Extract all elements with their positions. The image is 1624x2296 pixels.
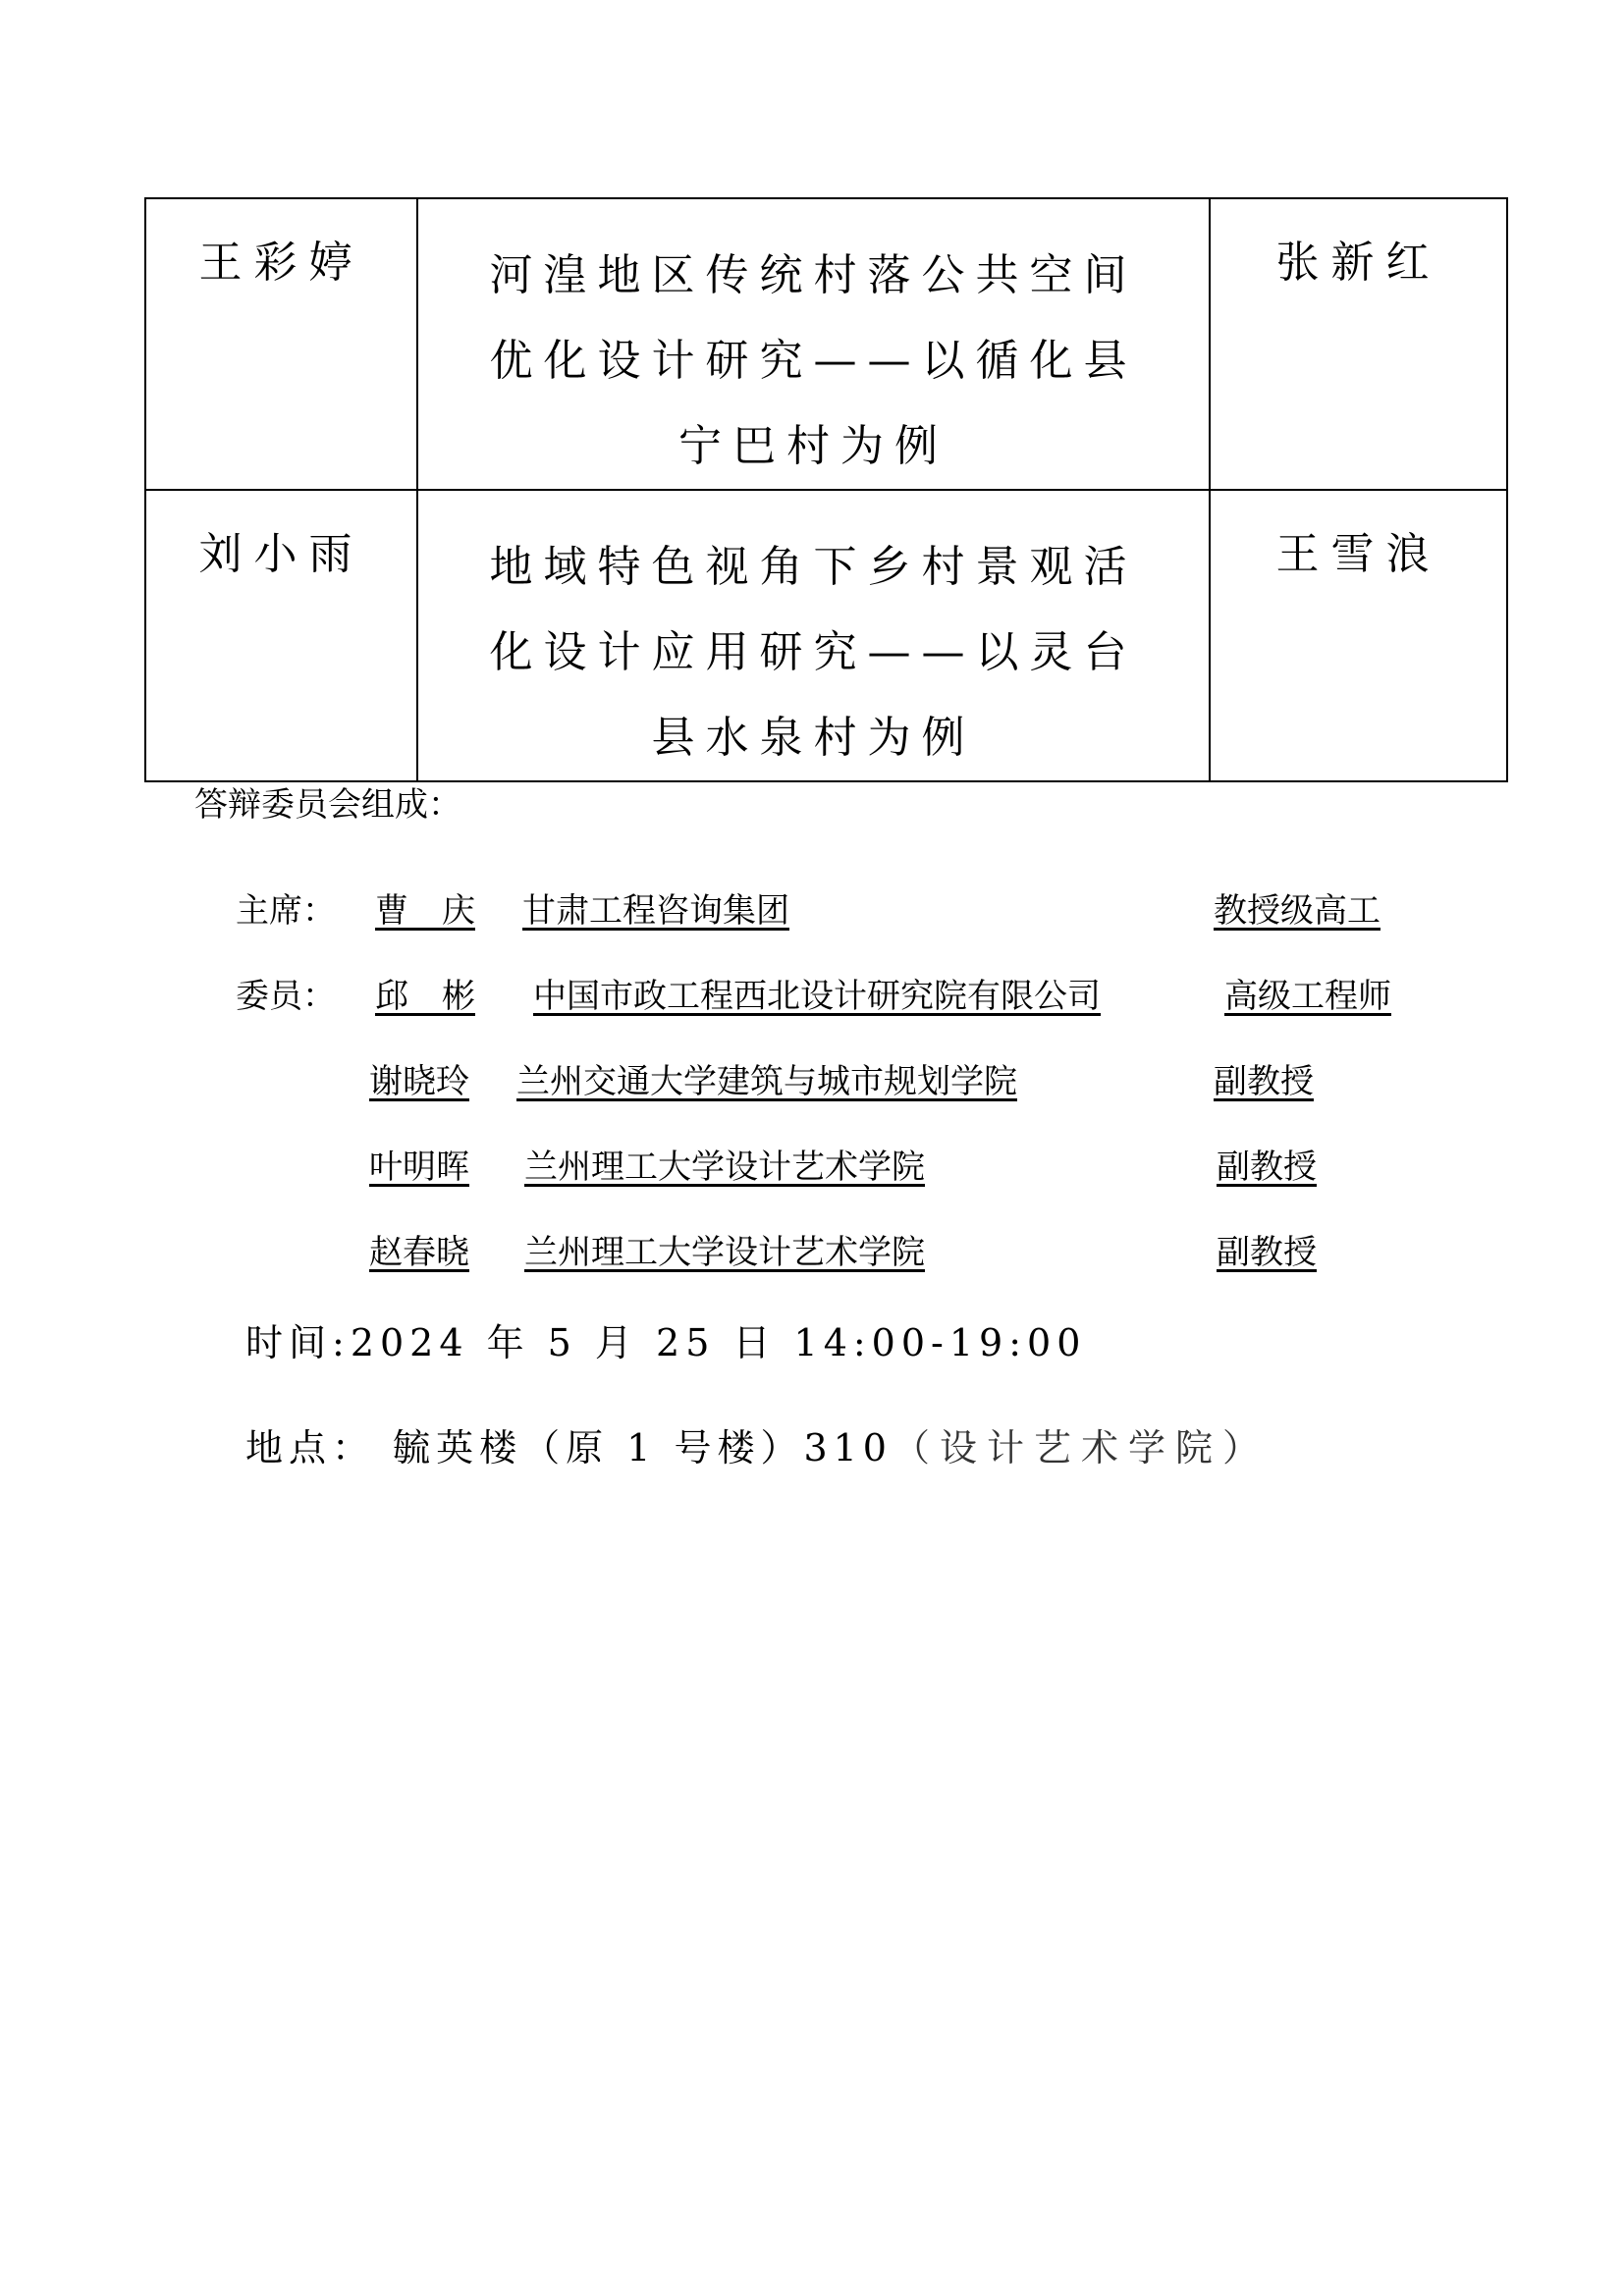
advisor-name: 王雪浪	[1211, 491, 1506, 583]
member-org: 兰州交通大学建筑与城市规划学院	[516, 1054, 1017, 1102]
member-name: 叶明晖	[369, 1140, 469, 1188]
thesis-title-line: 宁巴村为例	[438, 403, 1189, 489]
chair-name: 曹 庆	[375, 883, 475, 932]
table-row: 刘小雨 地域特色视角下乡村景观活 化设计应用研究——以灵台 县水泉村为例 王雪浪	[145, 490, 1507, 781]
thesis-title-cell: 河湟地区传统村落公共空间 优化设计研究——以循化县 宁巴村为例	[417, 198, 1210, 490]
student-cell: 刘小雨	[145, 490, 417, 781]
student-name: 王彩婷	[146, 199, 416, 292]
members-label: 委员：	[236, 969, 336, 1017]
thesis-title-line: 优化设计研究——以循化县	[438, 318, 1189, 403]
thesis-title: 河湟地区传统村落公共空间 优化设计研究——以循化县 宁巴村为例	[418, 199, 1209, 489]
place-note: （设计艺术学院）	[893, 1426, 1270, 1469]
thesis-title: 地域特色视角下乡村景观活 化设计应用研究——以灵台 县水泉村为例	[418, 491, 1209, 780]
member-name: 赵春晓	[369, 1225, 469, 1273]
member-org: 兰州理工大学设计艺术学院	[524, 1225, 925, 1273]
student-name: 刘小雨	[146, 491, 416, 583]
member-title: 副教授	[1214, 1054, 1314, 1102]
member-org: 中国市政工程西北设计研究院有限公司	[533, 969, 1101, 1017]
time-value: 2024 年 5 月 25 日 14:00-19:00	[351, 1321, 1087, 1364]
document-page: 王彩婷 河湟地区传统村落公共空间 优化设计研究——以循化县 宁巴村为例 张新红 …	[0, 0, 1624, 2296]
thesis-title-line: 县水泉村为例	[438, 695, 1189, 780]
member-title: 副教授	[1217, 1225, 1317, 1273]
defense-time: 时间:2024 年 5 月 25 日 14:00-19:00	[245, 1312, 1086, 1366]
advisor-name: 张新红	[1211, 199, 1506, 292]
place-value: 毓英楼（原 1 号楼）310	[393, 1426, 893, 1469]
member-name: 邱 彬	[375, 969, 475, 1017]
committee-member-row: 赵春晓 兰州理工大学设计艺术学院 副教授	[0, 1225, 1624, 1274]
committee-member-row: 委员： 邱 彬 中国市政工程西北设计研究院有限公司 高级工程师	[0, 969, 1624, 1018]
member-title: 高级工程师	[1224, 969, 1391, 1017]
thesis-table: 王彩婷 河湟地区传统村落公共空间 优化设计研究——以循化县 宁巴村为例 张新红 …	[144, 197, 1508, 782]
committee-member-row: 谢晓玲 兰州交通大学建筑与城市规划学院 副教授	[0, 1054, 1624, 1103]
thesis-title-line: 化设计应用研究——以灵台	[438, 610, 1189, 695]
advisor-cell: 张新红	[1210, 198, 1507, 490]
chair-title: 教授级高工	[1214, 883, 1380, 932]
thesis-title-line: 地域特色视角下乡村景观活	[438, 524, 1189, 610]
time-label: 时间:	[245, 1321, 351, 1364]
committee-heading: 答辩委员会组成：	[194, 777, 461, 826]
defense-place: 地点： 毓英楼（原 1 号楼）310（设计艺术学院）	[245, 1417, 1270, 1471]
committee-chair-row: 主席： 曹 庆 甘肃工程咨询集团 教授级高工	[0, 883, 1624, 933]
chair-role-label: 主席：	[236, 883, 336, 932]
student-cell: 王彩婷	[145, 198, 417, 490]
table-row: 王彩婷 河湟地区传统村落公共空间 优化设计研究——以循化县 宁巴村为例 张新红	[145, 198, 1507, 490]
committee-member-row: 叶明晖 兰州理工大学设计艺术学院 副教授	[0, 1140, 1624, 1189]
thesis-title-cell: 地域特色视角下乡村景观活 化设计应用研究——以灵台 县水泉村为例	[417, 490, 1210, 781]
chair-org: 甘肃工程咨询集团	[522, 883, 789, 932]
member-title: 副教授	[1217, 1140, 1317, 1188]
advisor-cell: 王雪浪	[1210, 490, 1507, 781]
thesis-title-line: 河湟地区传统村落公共空间	[438, 233, 1189, 318]
place-label: 地点：	[245, 1426, 375, 1469]
member-org: 兰州理工大学设计艺术学院	[524, 1140, 925, 1188]
member-name: 谢晓玲	[369, 1054, 469, 1102]
